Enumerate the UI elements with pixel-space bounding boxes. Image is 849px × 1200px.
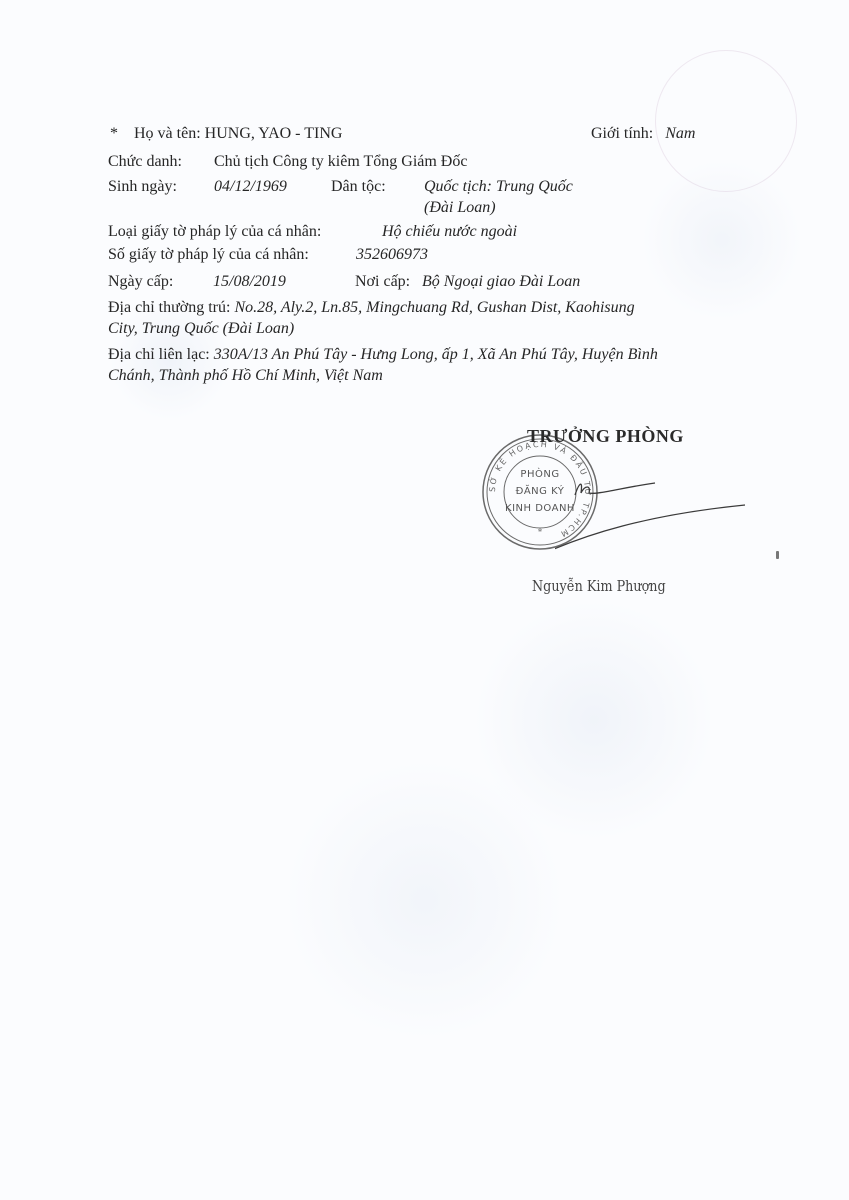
faint-seal-watermark — [655, 50, 797, 192]
position-row: Chức danh: — [108, 152, 182, 172]
contact-address-line2-wrap: Chánh, Thành phố Hồ Chí Minh, Việt Nam — [108, 366, 383, 386]
dob-label-wrap: Sinh ngày: — [108, 177, 177, 197]
dob-value-wrap: 04/12/1969 — [214, 177, 287, 197]
permanent-address-line2: City, Trung Quốc (Đài Loan) — [108, 320, 294, 337]
id-number-value: 352606973 — [356, 246, 428, 263]
bullet: * — [110, 125, 118, 142]
id-number-value-wrap: 352606973 — [356, 245, 428, 265]
svg-text:*: * — [538, 527, 543, 537]
nationality-line2-wrap: (Đài Loan) — [424, 198, 496, 218]
dob-value: 04/12/1969 — [214, 178, 287, 195]
issue-place-label: Nơi cấp: — [355, 273, 410, 290]
handwritten-signature-icon — [555, 465, 765, 555]
contact-address-line1: 330A/13 An Phú Tây - Hưng Long, ấp 1, Xã… — [214, 346, 658, 363]
permanent-address-label: Địa chỉ thường trú: — [108, 299, 230, 316]
ethnicity-label: Dân tộc: — [331, 178, 386, 195]
position-value: Chủ tịch Công ty kiêm Tổng Giám Đốc — [214, 153, 467, 170]
id-type-value-wrap: Hộ chiếu nước ngoài — [382, 222, 517, 242]
id-type-label-wrap: Loại giấy tờ pháp lý của cá nhân: — [108, 222, 321, 242]
id-type-value: Hộ chiếu nước ngoài — [382, 223, 517, 240]
gender-row: Giới tính: Nam — [591, 124, 695, 144]
id-type-label: Loại giấy tờ pháp lý của cá nhân: — [108, 223, 321, 240]
permanent-address-row: Địa chỉ thường trú: No.28, Aly.2, Ln.85,… — [108, 298, 635, 318]
issue-date-value-wrap: 15/08/2019 — [213, 272, 286, 292]
issue-place-value: Bộ Ngoại giao Đài Loan — [422, 273, 580, 290]
nationality-line2: (Đài Loan) — [424, 199, 496, 216]
issue-place-value-wrap: Bộ Ngoại giao Đài Loan — [422, 272, 580, 292]
nationality-line1-wrap: Quốc tịch: Trung Quốc — [424, 177, 573, 197]
name-value: HUNG, YAO - TING — [205, 125, 343, 142]
ink-speck — [776, 551, 779, 559]
signature-title: TRƯỞNG PHÒNG — [527, 426, 684, 447]
id-number-label-wrap: Số giấy tờ pháp lý của cá nhân: — [108, 245, 309, 265]
contact-address-label: Địa chỉ liên lạc: — [108, 346, 210, 363]
gender-value: Nam — [665, 125, 695, 142]
permanent-address-line2-wrap: City, Trung Quốc (Đài Loan) — [108, 319, 294, 339]
issue-date-label-wrap: Ngày cấp: — [108, 272, 173, 292]
contact-address-line2: Chánh, Thành phố Hồ Chí Minh, Việt Nam — [108, 367, 383, 384]
position-value-wrap: Chủ tịch Công ty kiêm Tổng Giám Đốc — [214, 152, 467, 172]
ethnicity-label-wrap: Dân tộc: — [331, 177, 386, 197]
issue-place-label-wrap: Nơi cấp: — [355, 272, 410, 292]
permanent-address-line1: No.28, Aly.2, Ln.85, Mingchuang Rd, Gush… — [234, 299, 634, 316]
contact-address-row: Địa chỉ liên lạc: 330A/13 An Phú Tây - H… — [108, 345, 658, 365]
position-label: Chức danh: — [108, 153, 182, 170]
nationality-line1: Quốc tịch: Trung Quốc — [424, 178, 573, 195]
signer-name: Nguyễn Kim Phượng — [532, 577, 666, 595]
id-number-label: Số giấy tờ pháp lý của cá nhân: — [108, 246, 309, 263]
gender-label: Giới tính: — [591, 125, 653, 142]
name-label: Họ và tên: — [134, 125, 201, 142]
issue-date-label: Ngày cấp: — [108, 273, 173, 290]
issue-date-value: 15/08/2019 — [213, 273, 286, 290]
name-row: * Họ và tên: HUNG, YAO - TING — [110, 124, 342, 144]
dob-label: Sinh ngày: — [108, 178, 177, 195]
